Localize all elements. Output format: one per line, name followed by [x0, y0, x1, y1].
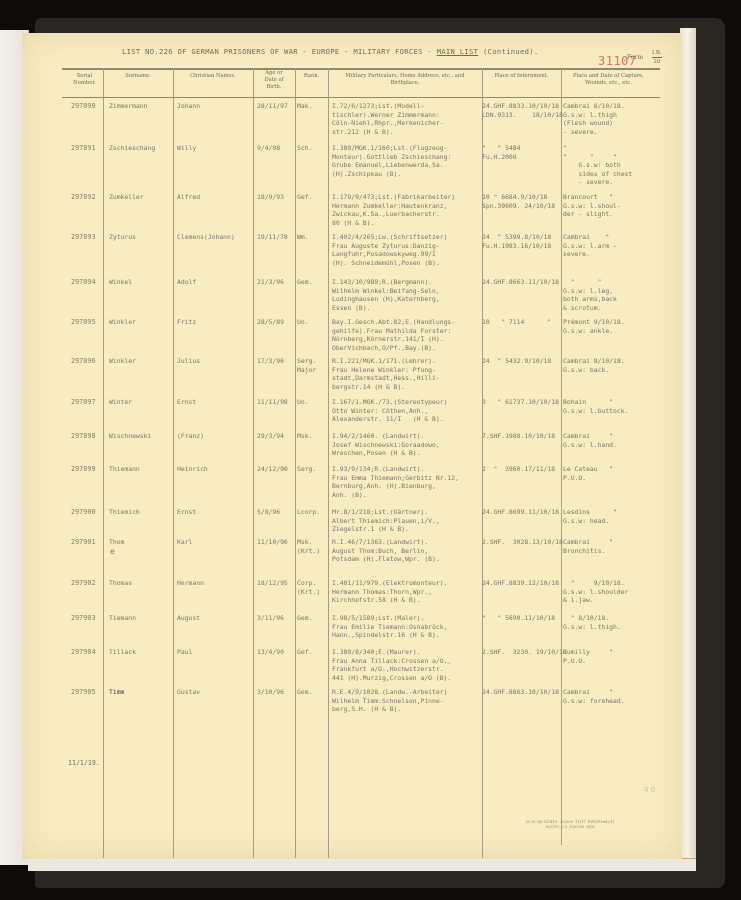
cell-rank: Gem. [297, 278, 312, 287]
cell-capture: Cambrai " G.s.w: l.hand. [563, 432, 617, 449]
cell-capture: Lesdins " G.s.w: head. [563, 508, 617, 525]
column-divider [253, 68, 254, 858]
column-header-capture: Place and Date of Capture, Wounds, etc.,… [563, 73, 654, 87]
cell-particulars: I.93/9/134;R.(Landwirt). Frau Emma Thiem… [332, 465, 459, 499]
cell-christian: Julius [177, 357, 200, 366]
cell-particulars: Bay.I.Gesch.Abt.82;E.(Handlungs- gehilfe… [332, 318, 455, 352]
cell-surname: Zimmermann [109, 102, 147, 111]
cell-internment: 7.SHF.1988.10/10/18 [482, 432, 555, 441]
cell-capture: " " G.s.w: l.leg, both arms,back & scrot… [563, 278, 617, 312]
list-title: LIST NO.226 OF GERMAN PRISONERS OF WAR -… [122, 47, 538, 56]
cell-rank: Serg. Major [297, 357, 316, 374]
cell-christian: Karl [177, 538, 192, 547]
form-code-top: I.B. [652, 49, 662, 58]
cell-particulars: Mr.8/1/218;Lst.(Gärtner). Albert Thiemic… [332, 508, 440, 534]
cell-surname: Winkler [109, 357, 136, 366]
cell-age: 28/11/97 [257, 102, 288, 111]
cell-age: 5/8/96 [257, 508, 280, 517]
cell-internment: 24.GHF.8863.10/10/18 [482, 688, 559, 697]
pencil-mark: 4 0 [644, 786, 655, 794]
cell-capture: Brancourt " G.s.w: l.shoul- der - slight… [563, 193, 621, 219]
cell-internment: " " 5690.11/10/18 [482, 614, 555, 623]
cell-age: 18/12/95 [257, 579, 288, 588]
cell-serial: 297903 [71, 614, 96, 623]
cell-capture: Bohain " G.s.w: l.buttock. [563, 398, 628, 415]
cell-age: 28/5/89 [257, 318, 284, 327]
cell-rank: Gef. [297, 648, 312, 657]
cell-age: 3/10/96 [257, 688, 284, 697]
column-header-particulars: Military Particulars, Home Address, etc.… [330, 73, 480, 87]
cell-christian: Ernst [177, 398, 196, 407]
page-bottom-edge [28, 858, 696, 871]
cell-serial: 297891 [71, 144, 96, 153]
column-divider [482, 68, 483, 858]
cell-particulars: R.I.221/MGK.1/171.(Lehrer). Frau Helene … [332, 357, 440, 391]
cell-age: 21/3/96 [257, 278, 284, 287]
cell-age: 19/11/78 [257, 233, 288, 242]
cell-capture: " 8/10/18. G.s.w: l.thigh. [563, 614, 621, 631]
column-divider [561, 68, 562, 845]
cell-christian: Gustav [177, 688, 200, 697]
cell-christian: Adolf [177, 278, 196, 287]
cell-internment: 2 " 3960.17/11/18 [482, 465, 555, 474]
column-divider [295, 68, 296, 858]
cell-serial: 297897 [71, 398, 96, 407]
cell-particulars: I.402/4/265;Lw.(Schriftsetzer) Frau Augu… [332, 233, 447, 267]
cell-christian: Paul [177, 648, 192, 657]
cell-internment: 2.SHF. 3028.13/10/18 [482, 538, 563, 547]
column-header-rank: Rank. [297, 73, 326, 80]
cell-rank: Uo. [297, 398, 309, 407]
cell-serial: 297905 [71, 688, 96, 697]
column-header-age: Age or Date of Birth. [255, 70, 293, 91]
cell-christian: August [177, 614, 200, 623]
cell-particulars: I.401/11/979.(Elektromonteur). Hermann T… [332, 579, 447, 605]
cell-rank: Msk. [297, 432, 312, 441]
cell-internment: 24.GHF.8663.11/10/18 [482, 278, 559, 287]
cell-serial: 297901 [71, 538, 96, 547]
cell-rank: Sch. [297, 144, 312, 153]
cell-surname: Thomas [109, 579, 132, 588]
cell-surname: Zschieschang [109, 144, 155, 153]
cell-rank: Mak. [297, 102, 312, 111]
cell-surname: Winkel [109, 278, 132, 287]
cell-age: 11/10/96 [257, 538, 288, 547]
cell-christian: Johann [177, 102, 200, 111]
cell-internment: 10 " 7114 " [482, 318, 551, 327]
cell-age: 9/4/98 [257, 144, 280, 153]
cell-internment: 24 " 5432.9/10/18 [482, 357, 551, 366]
cell-age: 17/3/96 [257, 357, 284, 366]
printer-note: (8 10 58) G/1410 50,000 11/17 EWY(P1662/… [526, 820, 614, 830]
cell-serial: 297890 [71, 102, 96, 111]
form-code-bottom: 20 [652, 58, 662, 66]
column-header-christian: Christian Names. [175, 73, 251, 80]
column-header-internment: Place of Internment. [484, 73, 559, 80]
cell-particulars: I.389/8/340;E.(Maurer). Frau Anna Tillac… [332, 648, 451, 682]
cell-internment: 3 " 61737.10/10/18 [482, 398, 559, 407]
cell-capture: Cambrai 8/10/18. G.s.w: back. [563, 357, 625, 374]
cell-christian: Heinrich [177, 465, 208, 474]
cell-capture: Cambrai " Bronchitis. [563, 538, 613, 555]
cell-christian: Alfred [177, 193, 200, 202]
cell-serial: 297899 [71, 465, 96, 474]
cell-serial: 297895 [71, 318, 96, 327]
cell-serial: 297893 [71, 233, 96, 242]
cell-age: 29/3/94 [257, 432, 284, 441]
title-suffix: (Continued). [478, 47, 538, 56]
cell-capture: Le Cateau " P.U.O. [563, 465, 613, 482]
cell-capture: " " " " G.s.w: both sides of chest - sev… [563, 144, 632, 187]
cell-rank: Msk. (Krt.) [297, 538, 320, 555]
cell-christian: Clemens(Johann) [177, 233, 235, 242]
header-top-rule [62, 68, 660, 70]
cell-particulars: I.389/MGK.1/160;Lst.(Flugzeug- Monteur).… [332, 144, 451, 178]
title-main: MAIN LIST [437, 47, 479, 56]
cell-age: 11/11/98 [257, 398, 288, 407]
cell-serial: 297902 [71, 579, 96, 588]
red-annotation-mark: e [110, 547, 115, 556]
cell-capture: Prémont 9/10/18. G.s.w: ankle. [563, 318, 625, 335]
cell-surname: Zyturus [109, 233, 136, 242]
cell-capture: Cambrai " G.s.w: forehead. [563, 688, 625, 705]
cell-particulars: I.94/2/1460. (Landwirt). Josef Wischnews… [332, 432, 440, 458]
cell-serial: 297894 [71, 278, 96, 287]
form-label: Form [627, 54, 643, 61]
cell-internment: 24 " 5399.8/10/18 Fu.H.1983.16/10/18 [482, 233, 551, 250]
cell-surname: Tiemann [109, 614, 136, 623]
cell-internment: 24.GHF.8699.11/10/18 [482, 508, 559, 517]
cell-christian: (Franz) [177, 432, 204, 441]
cell-particulars: I.72/6/1273;Lst.(Modell- tischler).Werne… [332, 102, 444, 136]
cell-particulars: I.143/10/989;R.(Bergmann). Wilhelm Winke… [332, 278, 440, 312]
cell-surname: Wischnewski [109, 432, 151, 441]
cell-particulars: I.167/1.MGK./73.(Stereotypeur) Otto Wint… [332, 398, 447, 424]
cell-surname: Winkler [109, 318, 136, 327]
cell-serial: 297892 [71, 193, 96, 202]
cell-surname: Thiemann [109, 465, 140, 474]
cell-rank: Serg. [297, 465, 316, 474]
cell-serial: 297898 [71, 432, 96, 441]
cell-rank: Gem. [297, 614, 312, 623]
cell-age: 24/12/90 [257, 465, 288, 474]
cell-particulars: R.E.4/9/1028.(Landw.-Arbeiter) Wilhelm T… [332, 688, 447, 714]
cell-surname: Tillack [109, 648, 136, 657]
cell-capture: Rumilly " P.U.O. [563, 648, 613, 665]
cell-christian: Hermann [177, 579, 204, 588]
cell-internment: 10 " 6684.9/10/18 Spn.39609. 24/10/18 [482, 193, 555, 210]
column-header-surname: Surname. [105, 73, 171, 80]
cell-particulars: I.179/9/473;Lst.(Fabrikarbeiter) Hermann… [332, 193, 455, 227]
cell-rank: Gem. [297, 688, 312, 697]
cell-rank: Lcorp. [297, 508, 320, 517]
cell-age: 13/4/90 [257, 648, 284, 657]
cell-rank: Wm. [297, 233, 309, 242]
cell-internment: 24.GHF.8839.12/10/18 [482, 579, 559, 588]
list-date: 11/1/19. [68, 759, 100, 767]
cell-surname: Winter [109, 398, 132, 407]
cell-christian: Ernst [177, 508, 196, 517]
cell-internment: " " 5484 Fu.H.2008 [482, 144, 520, 161]
cell-age: 3/11/96 [257, 614, 284, 623]
cell-surname: Timm [109, 688, 124, 697]
cell-surname: Thiemich [109, 508, 140, 517]
page-stack-edge [680, 28, 696, 868]
column-divider [328, 68, 329, 858]
cell-serial: 297900 [71, 508, 96, 517]
printer-note-line2: W3797—73 100,000 9/18 [546, 825, 595, 829]
cell-rank: Uo. [297, 318, 309, 327]
title-prefix: LIST NO.226 OF GERMAN PRISONERS OF WAR -… [122, 47, 437, 56]
cell-capture: Cambrai " G.s.w: l.arm - severe. [563, 233, 617, 259]
cell-particulars: I.98/5/1589;Lst.(Maler). Frau Emilie Tie… [332, 614, 447, 640]
cell-capture: Cambrai 8/10/18. G.s.w: l.thigh (Flesh w… [563, 102, 625, 136]
cell-serial: 297896 [71, 357, 96, 366]
cell-surname: Zumkeller [109, 193, 144, 202]
cell-capture: " 9/10/18. G.s.w: l.shoulder & l.jaw. [563, 579, 628, 605]
cell-rank: Gef. [297, 193, 312, 202]
cell-surname: Thom [109, 538, 124, 547]
printer-note-line1: (8 10 58) G/1410 50,000 11/17 EWY(P1662/… [526, 820, 614, 824]
header-bottom-rule [62, 97, 660, 98]
column-divider [103, 68, 104, 858]
cell-serial: 297904 [71, 648, 96, 657]
cell-internment: 24.GHF.8833.10/10/18 LDN.9313. 18/10/18 [482, 102, 563, 119]
form-code: I.B. 20 [652, 49, 662, 66]
column-divider [173, 68, 174, 858]
cell-particulars: R.I.46/7/1363.(Landwirt). August Thom:Bu… [332, 538, 440, 564]
column-header-serial: Serial Number. [68, 73, 101, 87]
cell-rank: Corp. (Krt.) [297, 579, 320, 596]
cell-internment: 2.SHF. 3230. 19/10/18 [482, 648, 567, 657]
cell-age: 18/9/93 [257, 193, 284, 202]
cell-christian: Fritz [177, 318, 196, 327]
cell-christian: Willy [177, 144, 196, 153]
